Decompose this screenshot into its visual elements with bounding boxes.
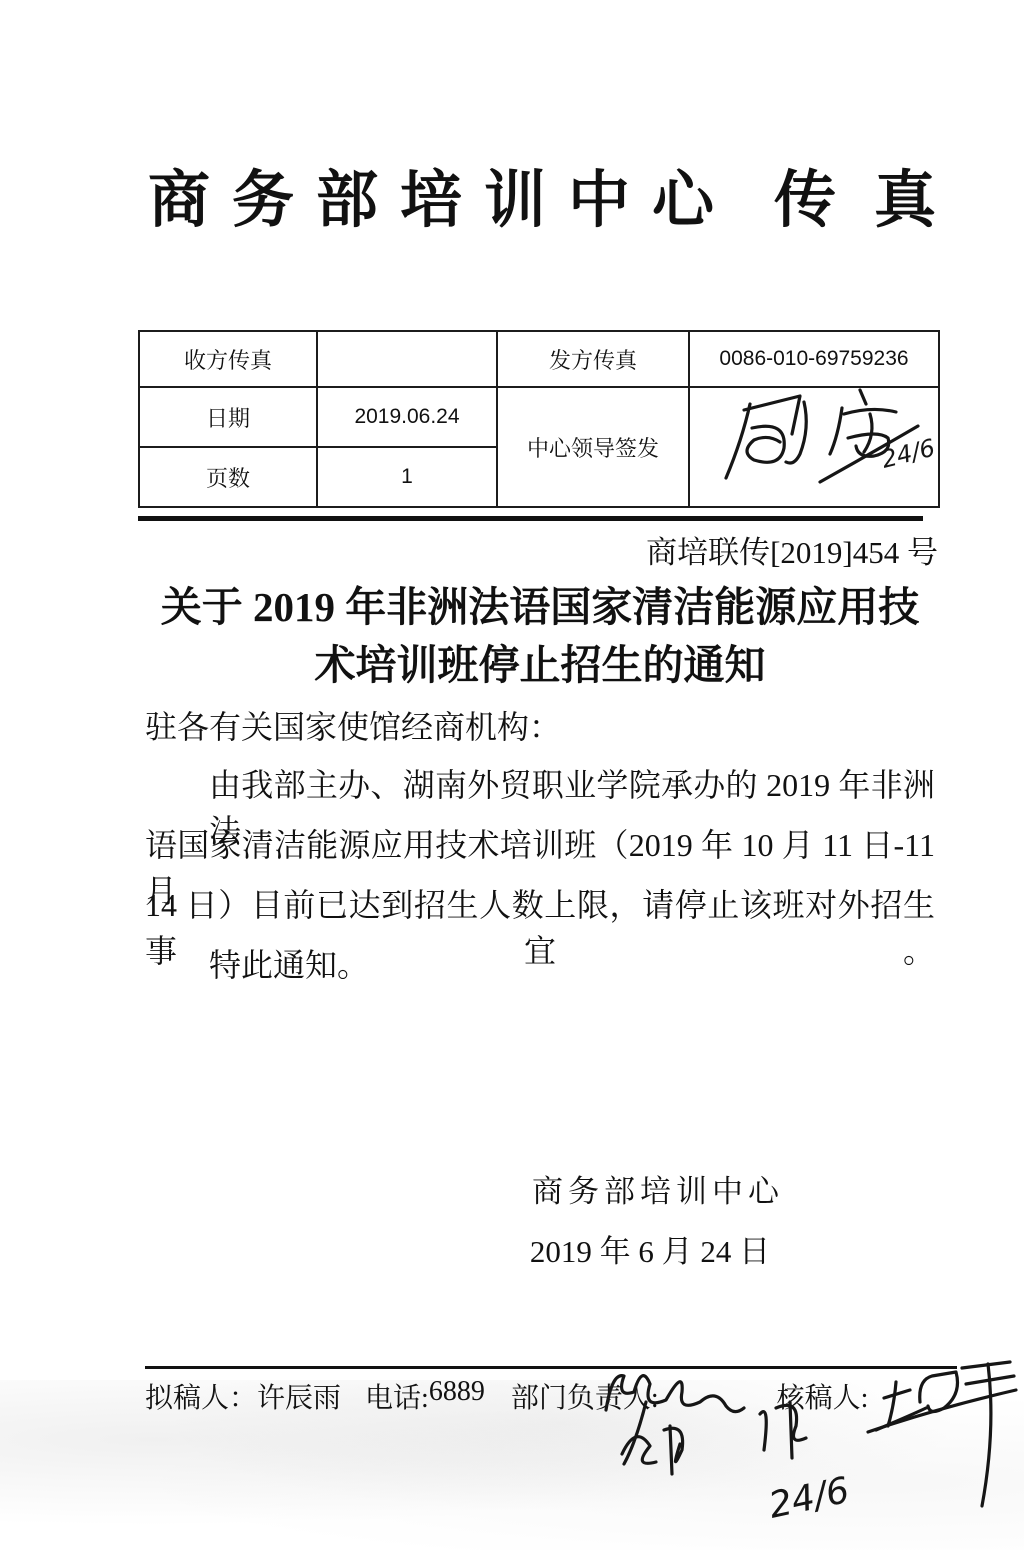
drafter-group: 拟稿人： 许辰雨 bbox=[145, 1376, 341, 1416]
document-number: 商培联传[2019]454 号 bbox=[646, 527, 938, 572]
footer-credits: 拟稿人： 许辰雨 电话: 6889 部门负责人: 核稿人: bbox=[145, 1376, 868, 1416]
notice-title-line2: 术培训班停止招生的通知 bbox=[140, 636, 940, 694]
notice-title: 关于 2019 年非洲法语国家清洁能源应用技 术培训班停止招生的通知 bbox=[140, 578, 940, 694]
leader-sign-label: 中心领导签发 bbox=[497, 387, 689, 507]
sender-fax-number: 0086-010-69759236 bbox=[689, 331, 939, 387]
fax-document-page: 商务部培训中心 传真 收方传真 发方传真 0086-010-69759236 日… bbox=[0, 0, 1024, 1550]
leader-signature-cell: 24/6 bbox=[689, 387, 939, 507]
phone-group: 电话: 6889 bbox=[365, 1376, 485, 1416]
recipient-fax-value bbox=[317, 331, 497, 387]
recipient-fax-label: 收方传真 bbox=[139, 331, 317, 387]
leader-handwritten-signature-icon: 24/6 bbox=[692, 380, 938, 506]
org-title: 商务部培训中心 bbox=[148, 150, 736, 239]
footer-rule bbox=[145, 1366, 957, 1369]
phone-number: 6889 bbox=[429, 1376, 485, 1416]
document-header: 商务部培训中心 传真 bbox=[148, 150, 936, 239]
signing-organization: 商务部培训中心 bbox=[478, 1166, 838, 1211]
table-row: 日期 2019.06.24 中心领导签发 bbox=[139, 387, 939, 447]
date-value: 2019.06.24 bbox=[317, 387, 497, 447]
salutation: 驻各有关国家使馆经商机构： bbox=[145, 702, 561, 748]
dept-head-label: 部门负责人: bbox=[511, 1376, 659, 1416]
table-row: 收方传真 发方传真 0086-010-69759236 bbox=[139, 331, 939, 387]
closing-phrase: 特此通知。 bbox=[209, 940, 369, 986]
reviewer-label: 核稿人: bbox=[777, 1376, 869, 1416]
doc-type-label: 传真 bbox=[774, 150, 974, 239]
notice-title-line1: 关于 2019 年非洲法语国家清洁能源应用技 bbox=[140, 578, 940, 636]
drafter-label: 拟稿人： bbox=[145, 1376, 257, 1416]
drafter-name: 许辰雨 bbox=[257, 1376, 341, 1416]
signing-date: 2019 年 6 月 24 日 bbox=[450, 1226, 850, 1271]
separator-rule bbox=[138, 516, 923, 521]
pages-value: 1 bbox=[317, 447, 497, 507]
date-label: 日期 bbox=[139, 387, 317, 447]
phone-label: 电话: bbox=[365, 1376, 429, 1416]
pages-label: 页数 bbox=[139, 447, 317, 507]
sender-fax-label: 发方传真 bbox=[497, 331, 689, 387]
fax-info-table: 收方传真 发方传真 0086-010-69759236 日期 2019.06.2… bbox=[138, 330, 940, 508]
